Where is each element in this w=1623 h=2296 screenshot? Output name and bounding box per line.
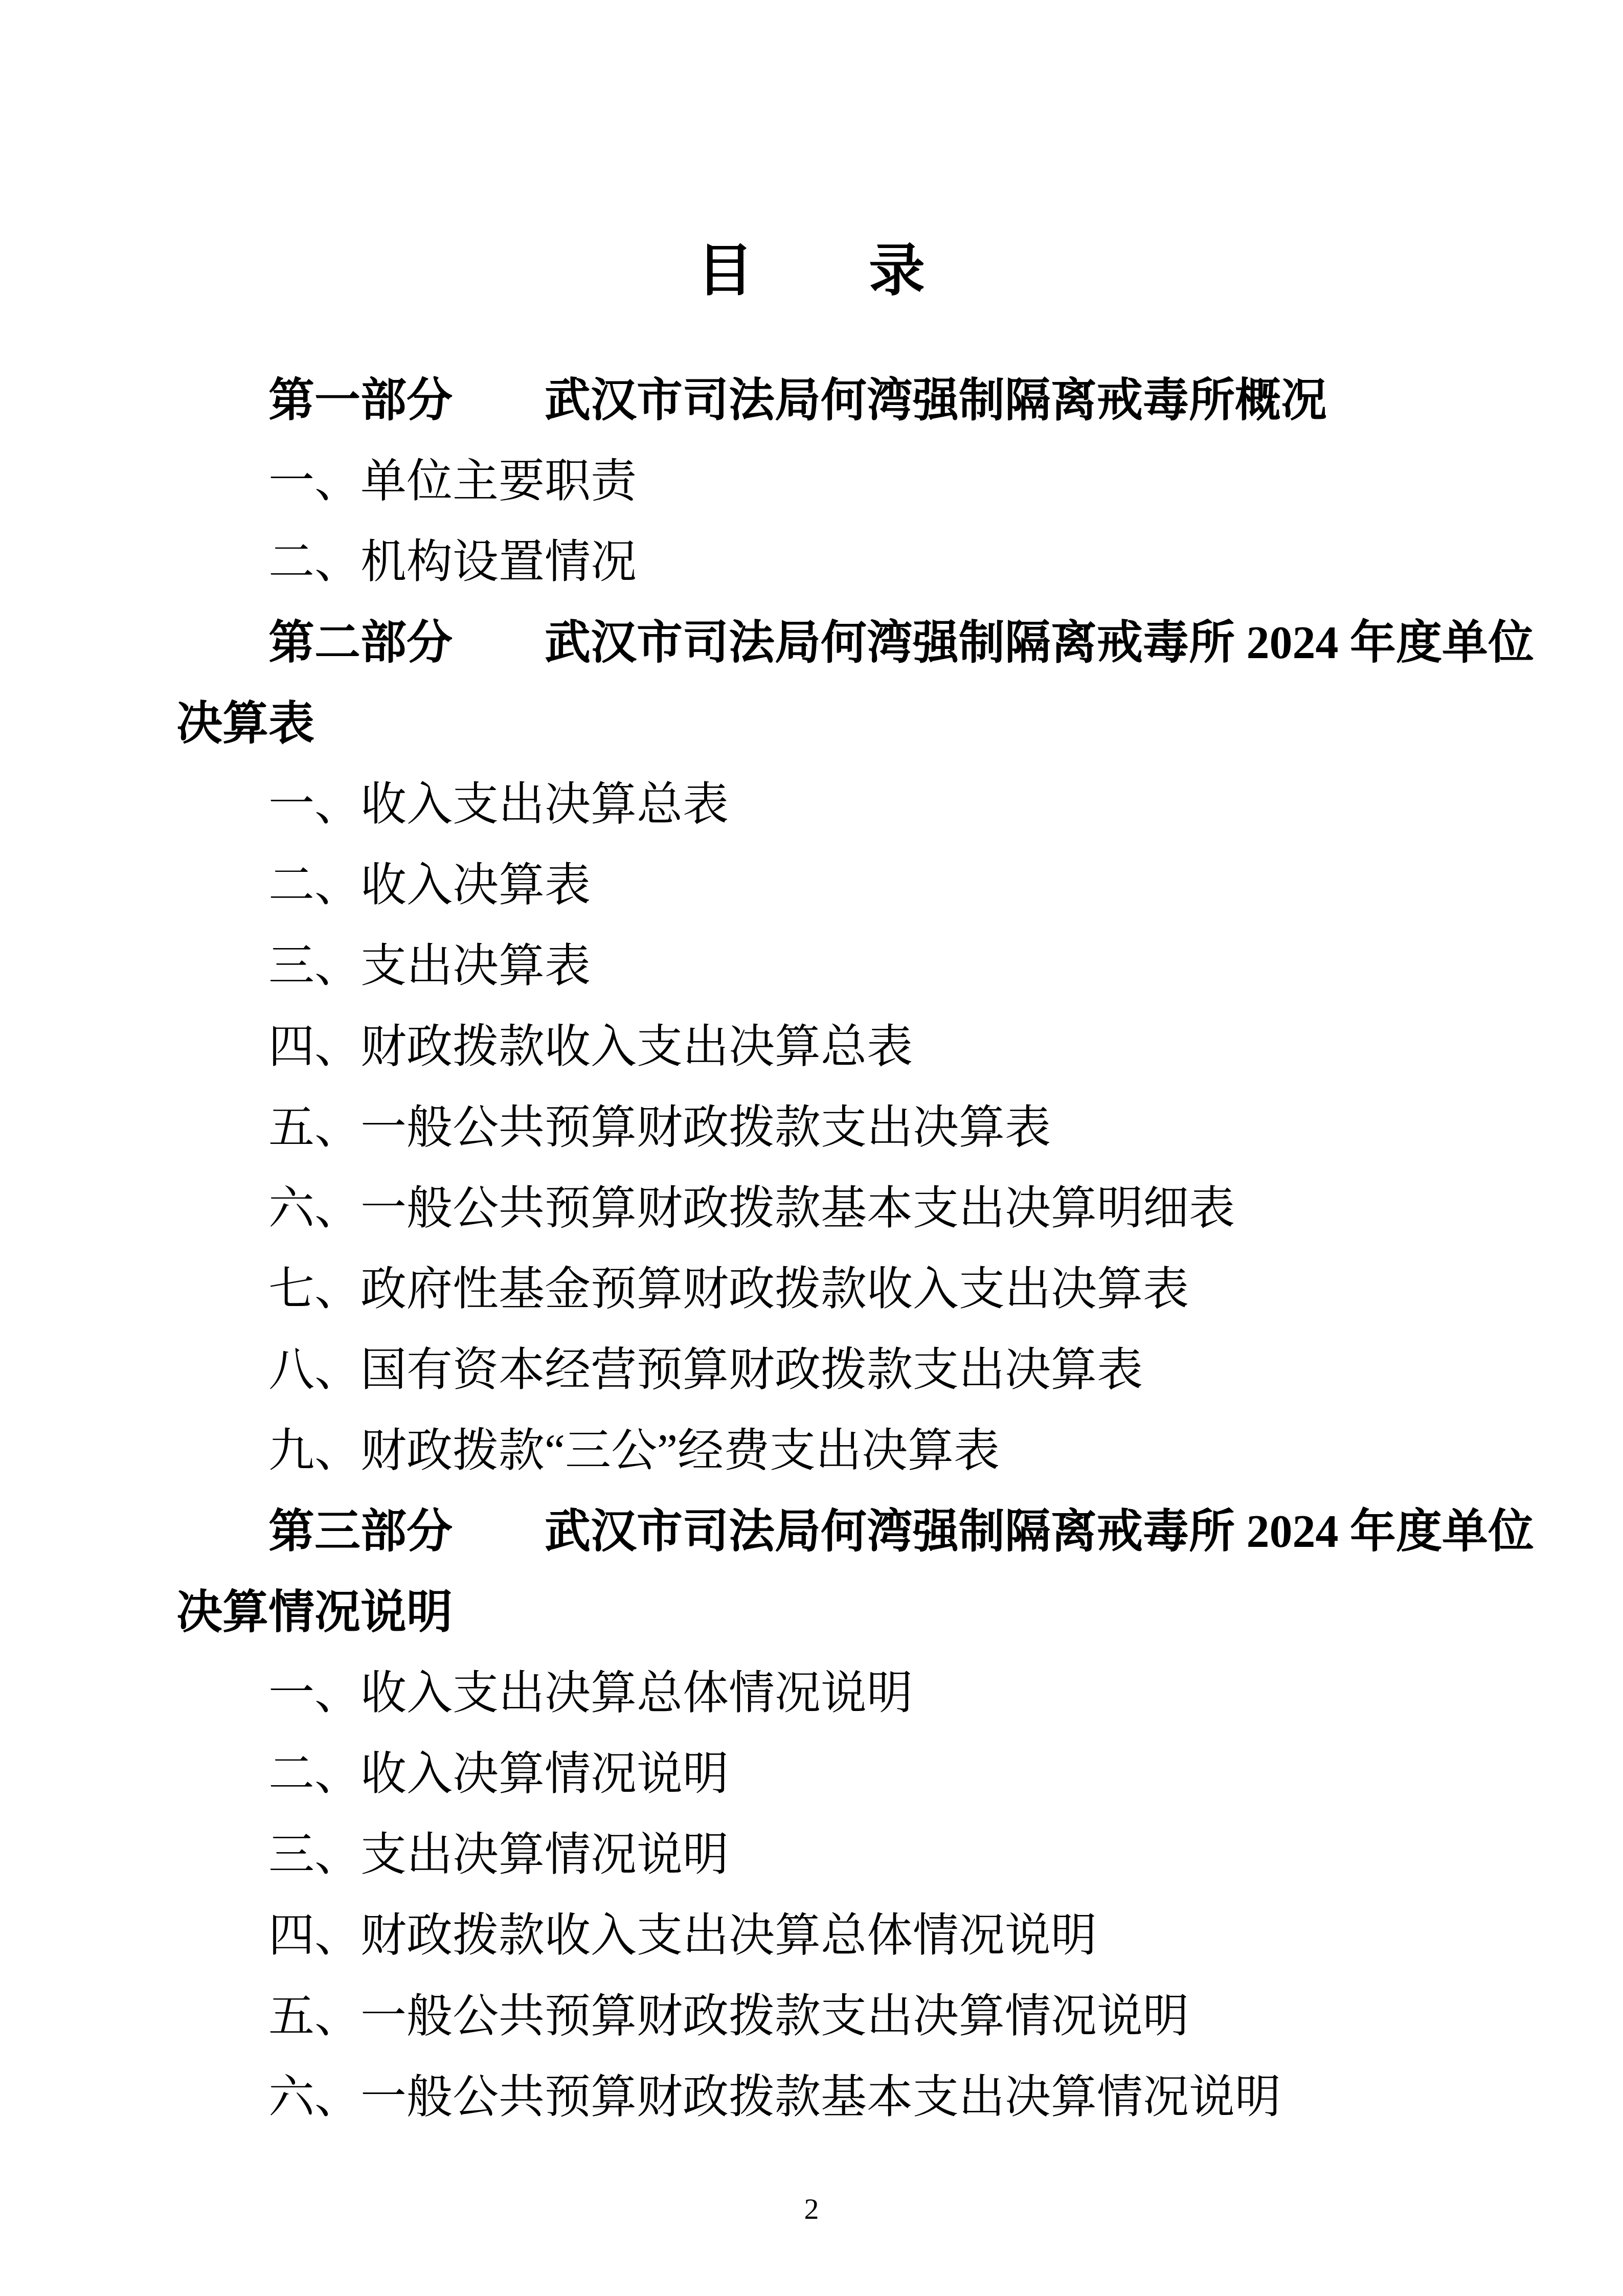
toc-part3-item-6: 六、一般公共预算财政拨款基本支出决算情况说明 [176, 2057, 1447, 2138]
toc-part2-item-2: 二、收入决算表 [176, 845, 1447, 926]
toc-part3-heading-line2: 决算情况说明 [176, 1572, 1447, 1653]
document-page: 目 录 第一部分 武汉市司法局何湾强制隔离戒毒所概况 一、单位主要职责 二、机构… [0, 0, 1623, 2296]
toc-part3-item-4: 四、财政拨款收入支出决算总体情况说明 [176, 1896, 1447, 1976]
toc-part3-item-3: 三、支出决算情况说明 [176, 1815, 1447, 1896]
toc-part2-item-9: 九、财政拨款“三公”经费支出决算表 [176, 1411, 1447, 1492]
toc-part1-heading: 第一部分 武汉市司法局何湾强制隔离戒毒所概况 [176, 361, 1447, 441]
page-footer: 2 [0, 2189, 1623, 2230]
page-number: 2 [804, 2192, 819, 2225]
table-of-contents: 第一部分 武汉市司法局何湾强制隔离戒毒所概况 一、单位主要职责 二、机构设置情况… [176, 361, 1447, 2138]
toc-part2-item-6: 六、一般公共预算财政拨款基本支出决算明细表 [176, 1168, 1447, 1249]
toc-part2-item-7: 七、政府性基金预算财政拨款收入支出决算表 [176, 1249, 1447, 1330]
toc-part3-heading-line1: 第三部分 武汉市司法局何湾强制隔离戒毒所 2024 年度单位 [176, 1492, 1447, 1572]
toc-part2-item-8: 八、国有资本经营预算财政拨款支出决算表 [176, 1330, 1447, 1411]
toc-part1-item-1: 一、单位主要职责 [176, 441, 1447, 522]
toc-part2-item-5: 五、一般公共预算财政拨款支出决算表 [176, 1088, 1447, 1168]
toc-part2-item-1: 一、收入支出决算总表 [176, 764, 1447, 845]
toc-part1-item-2: 二、机构设置情况 [176, 522, 1447, 603]
page-title: 目 录 [176, 230, 1447, 312]
toc-part3-item-5: 五、一般公共预算财政拨款支出决算情况说明 [176, 1976, 1447, 2057]
toc-part2-heading-line1: 第二部分 武汉市司法局何湾强制隔离戒毒所 2024 年度单位 [176, 603, 1447, 684]
toc-part2-item-4: 四、财政拨款收入支出决算总表 [176, 1007, 1447, 1088]
toc-part2-heading-line2: 决算表 [176, 684, 1447, 764]
toc-part2-item-3: 三、支出决算表 [176, 926, 1447, 1007]
toc-part3-item-1: 一、收入支出决算总体情况说明 [176, 1653, 1447, 1734]
toc-part3-item-2: 二、收入决算情况说明 [176, 1734, 1447, 1815]
